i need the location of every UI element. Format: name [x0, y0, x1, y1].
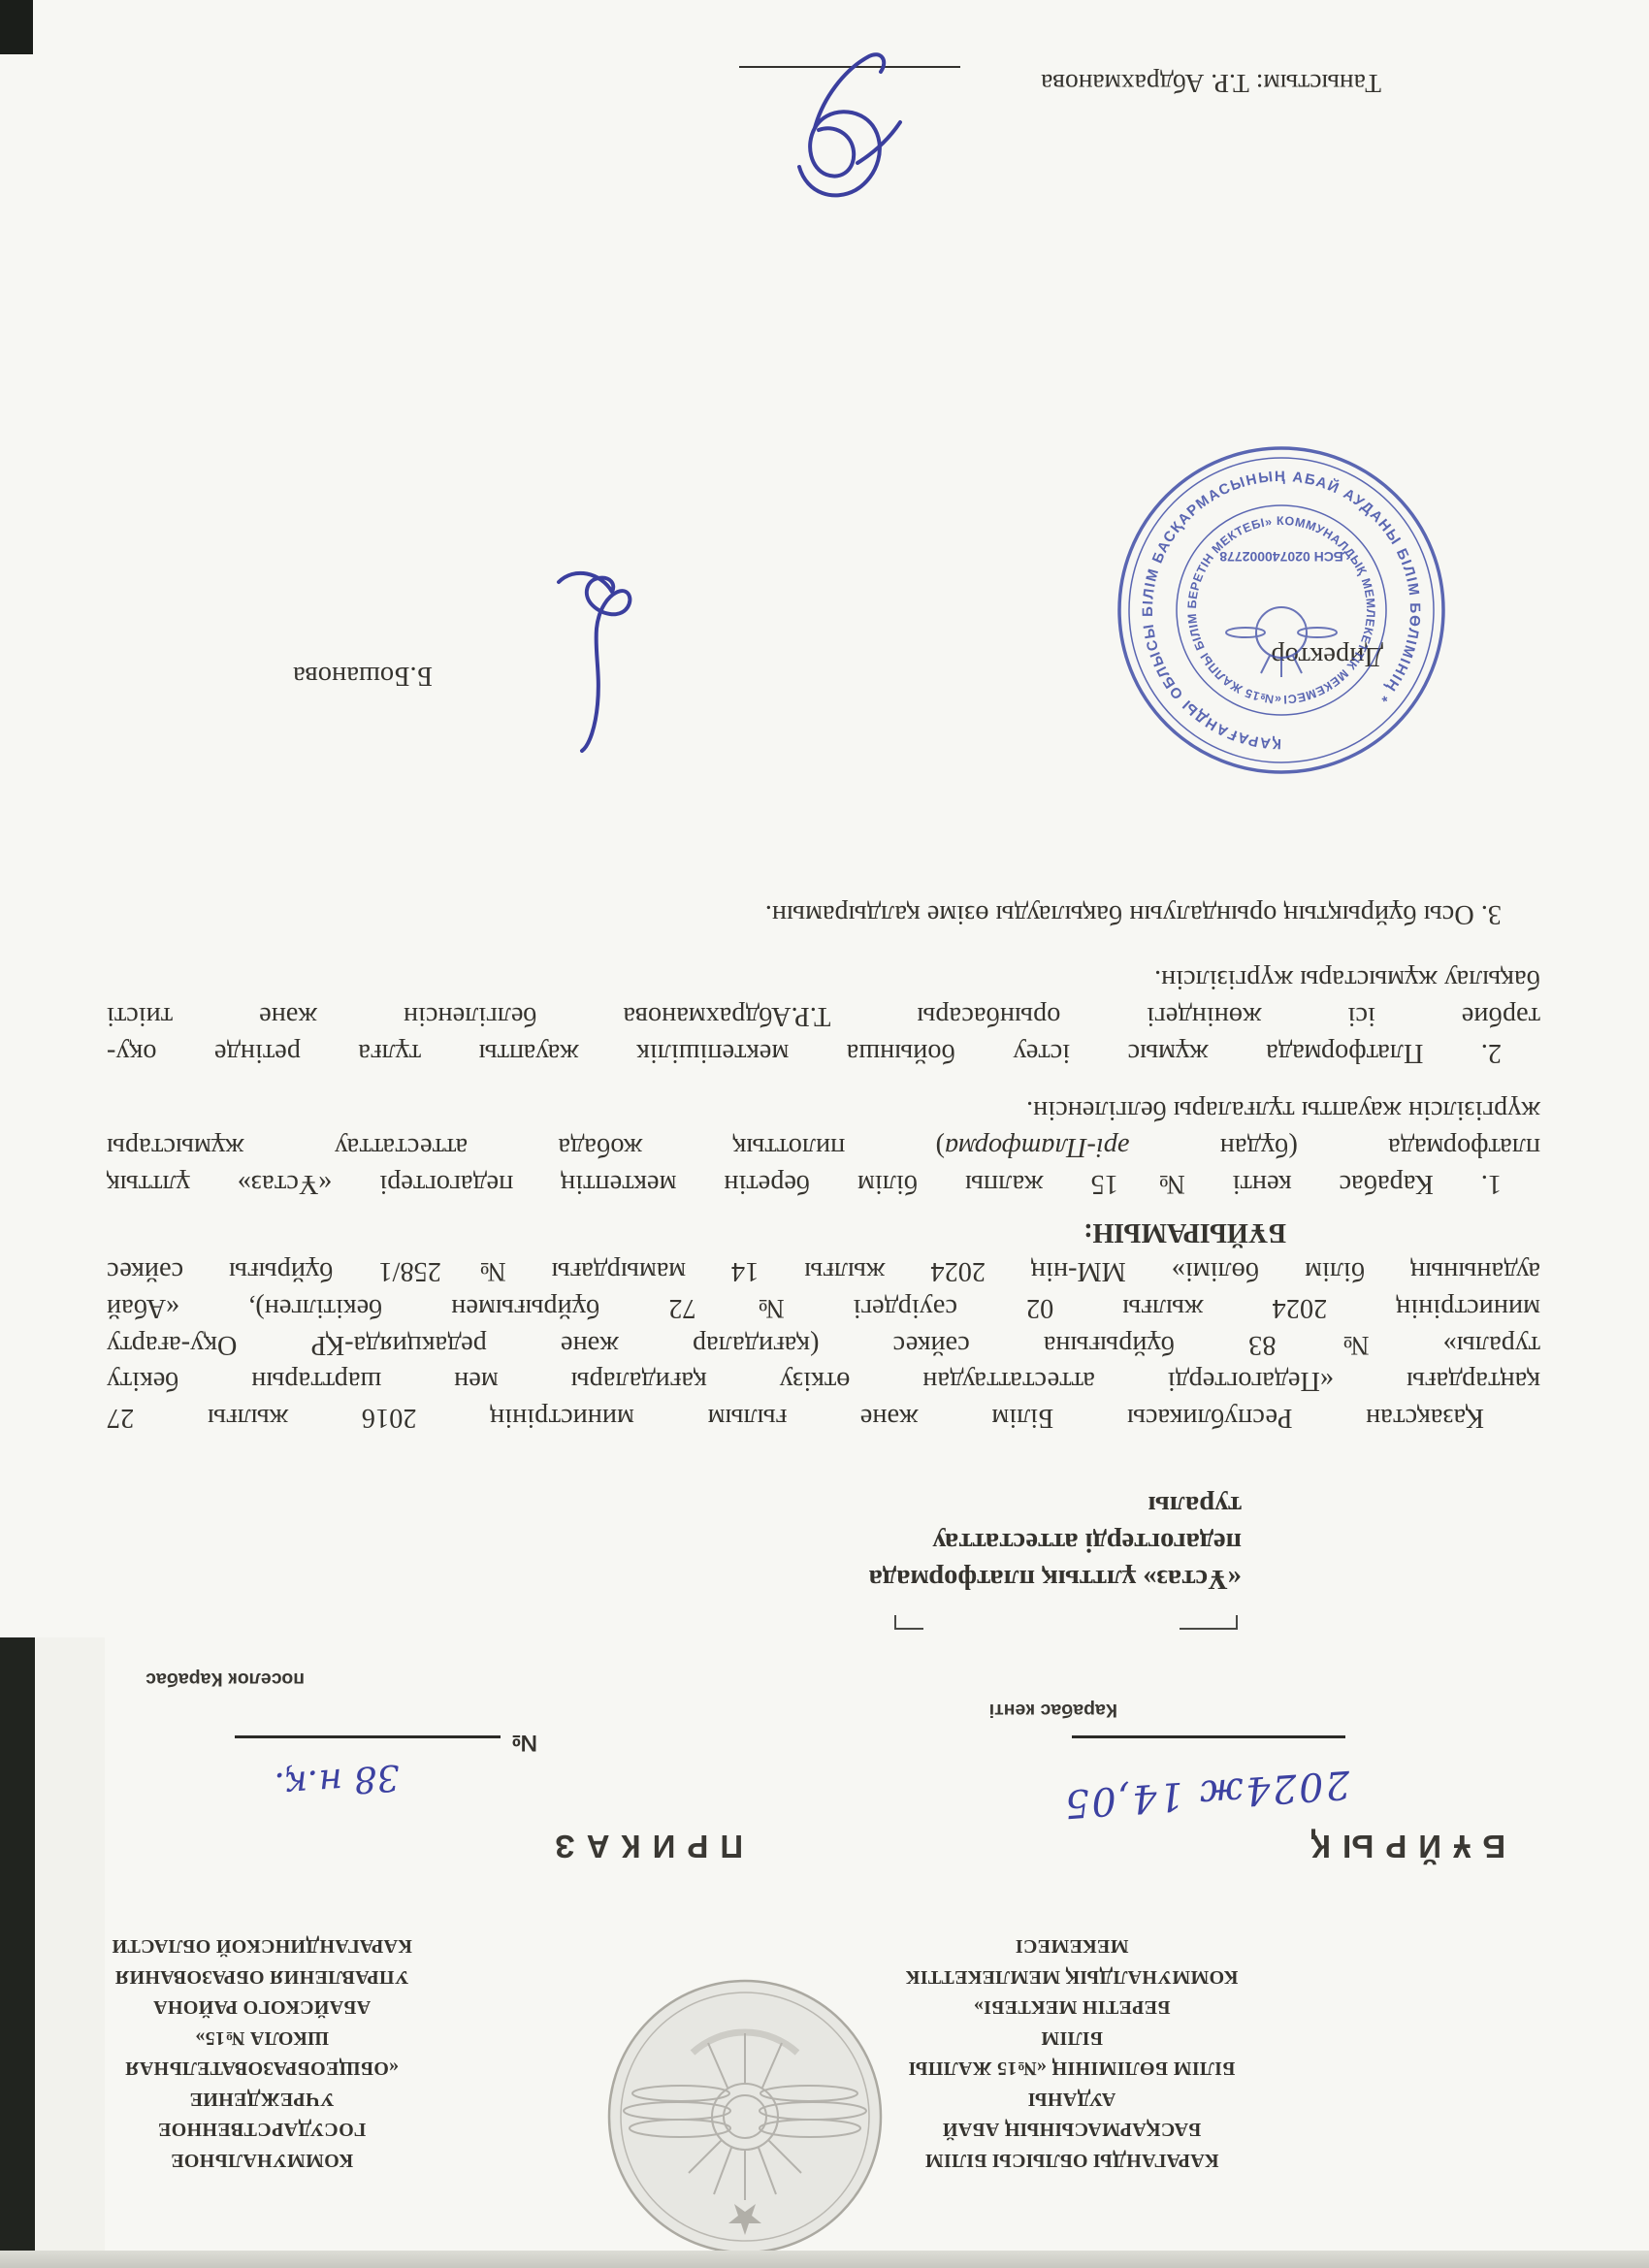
scan-edge-notch [0, 0, 33, 54]
place-ru: поселок Карабас [145, 1668, 305, 1690]
number-label: № [511, 1729, 537, 1756]
director-signature-icon [541, 545, 658, 759]
subject-line: педагогтерді аттестаттау [795, 1523, 1242, 1560]
header-kk-line: БАСҚАРМАСЫНЫҢ АБАЙ АУДАНЫ [902, 2084, 1242, 2145]
header-ru-line: УПРАВЛЕНИЯ ОБРАЗОВАНИЯ [93, 1961, 431, 1993]
item-line: 1. Карабас кенті №15 жалпы білім беретін… [107, 1165, 1540, 1202]
item-line: 3. Осы бұйрықтың орындалуын бақылауды өз… [107, 895, 1540, 932]
header-ru-line: УЧРЕЖДЕНИЕ [93, 2084, 431, 2115]
stamp-outer-ring-text: ҚАРАҒАНДЫ ОБЛЫСЫ БІЛІМ БАСҚАРМАСЫНЫҢ АБА… [1140, 469, 1423, 752]
item-text: ) пилоттық жобада аттестаттау жұмыстары [107, 1132, 945, 1162]
item-line: бақылау жұмыстары жүргізілсін. [107, 961, 1540, 998]
handwritten-number: 38 н.қ. [274, 1757, 402, 1807]
header-kk-line: КОММУНАЛДЫҚ МЕМЛЕКЕТТІК [902, 1961, 1242, 1993]
body-line: туралы» №83 бұйрығына сәйкес (қағидалар … [107, 1326, 1540, 1363]
scanned-page: КАРАГАНДЫ ОБЛЫСЫ БІЛІМ БАСҚАРМАСЫНЫҢ АБА… [0, 0, 1649, 2268]
item-line: 2. Платформада жұмыс істеу бойынша мекте… [107, 1034, 1540, 1071]
body-line: министрінің 2024 жылғы 02 сәуірдегі №72 … [107, 1289, 1540, 1326]
acknowledgement-signature-icon [760, 43, 916, 217]
header-kk-line: БІЛІМ БӨЛІМІНІҢ «№15 ЖАЛПЫ БІЛІМ [902, 2023, 1242, 2084]
header-org-kk: КАРАГАНДЫ ОБЛЫСЫ БІЛІМ БАСҚАРМАСЫНЫҢ АБА… [902, 1930, 1242, 2175]
svg-text:«№15 ЖАЛПЫ БІЛІМ БЕРЕТІН МЕКТЕ: «№15 ЖАЛПЫ БІЛІМ БЕРЕТІН МЕКТЕБІ» КОММУН… [1185, 514, 1377, 706]
header-kk-line: КАРАГАНДЫ ОБЛЫСЫ БІЛІМ [902, 2145, 1242, 2176]
body-line: қаңтардағы «Педагогтерді аттестаттаудан … [107, 1363, 1540, 1400]
subject-corner-mark-left [1180, 1615, 1238, 1630]
stamp-inner-ring-text: «№15 ЖАЛПЫ БІЛІМ БЕРЕТІН МЕКТЕБІ» КОММУН… [1185, 514, 1377, 706]
item-line: жүргізілсін жауапты тұлғалары белгіленсі… [107, 1092, 1540, 1129]
header-ru-line: АБАЙСКОГО РАЙОНА [93, 1992, 431, 2023]
scan-edge-bottom-band [0, 2251, 1649, 2268]
order-body: Қазақстан Республикасы Білім және ғылым … [107, 895, 1540, 1436]
body-line: Қазақстан Республикасы Білім және ғылым … [107, 1399, 1540, 1436]
acknowledgement-label: Таныстым: Т.Р. Абдрахманова [1041, 68, 1381, 99]
place-kk: Карабас кенті [989, 1699, 1117, 1721]
document-sheet: КАРАГАНДЫ ОБЛЫСЫ БІЛІМ БАСҚАРМАСЫНЫҢ АБА… [0, 0, 1649, 2268]
subject-block: «Ұстаз» ұлттық платформада педагогтерді … [795, 1486, 1242, 1597]
subject-line: туралы [795, 1486, 1242, 1523]
scan-edge-light-strip [35, 1637, 105, 2268]
svg-text:ҚАРАҒАНДЫ ОБЛЫСЫ БІЛІМ БАСҚАРМ: ҚАРАҒАНДЫ ОБЛЫСЫ БІЛІМ БАСҚАРМАСЫНЫҢ АБА… [1140, 469, 1423, 752]
order-title-kk: БҰЙРЫҚ [1277, 1828, 1528, 1864]
scan-edge-black-strip [0, 1637, 35, 2268]
state-emblem-icon [599, 1971, 890, 2262]
header-ru-line: КОММУНАЛЬНОЕ ГОСУДАРСТВЕННОЕ [93, 2114, 431, 2175]
resolve-word: БҰЙЫРАМЫН: [107, 1215, 1540, 1251]
header-ru-line: «ОБЩЕОБРАЗОВАТЕЛЬНАЯ ШКОЛА №15» [93, 2023, 431, 2084]
header-kk-line: БЕРЕТІН МЕКТЕБІ» [902, 1992, 1242, 2023]
body-line: ауданының білім бөлімі» ММ-нің 2024 жылғ… [107, 1252, 1540, 1289]
stamp-center-text: БСН 020740002778 [1219, 549, 1343, 565]
order-item-3: 3. Осы бұйрықтың орындалуын бақылауды өз… [107, 895, 1540, 932]
item-text: платформада (бұдан [1129, 1132, 1540, 1162]
header-org-ru: КОММУНАЛЬНОЕ ГОСУДАРСТВЕННОЕ УЧРЕЖДЕНИЕ … [93, 1930, 431, 2175]
order-item-2: 2. Платформада жұмыс істеу бойынша мекте… [107, 961, 1540, 1071]
order-title-ru: ПРИКАЗ [528, 1828, 759, 1864]
order-item-1: 1. Карабас кенті №15 жалпы білім беретін… [107, 1092, 1540, 1202]
subject-corner-mark-right [894, 1615, 923, 1630]
subject-line: «Ұстаз» ұлттық платформада [795, 1560, 1242, 1597]
official-seal-stamp-icon: ҚАРАҒАНДЫ ОБЛЫСЫ БІЛІМ БАСҚАРМАСЫНЫҢ АБА… [1112, 440, 1451, 780]
header-ru-line: КАРАГАНДИНСКОЙ ОБЛАСТИ [93, 1930, 431, 1961]
item-line: тәрбие ісі жөніндегі орынбасары Т.Р.Абдр… [107, 997, 1540, 1034]
item-line: платформада (бұдан әрі-Платформа) пилотт… [107, 1128, 1540, 1165]
item-text-italic: әрі-Платформа [945, 1132, 1130, 1162]
header-kk-line: МЕКЕМЕСІ [902, 1930, 1242, 1961]
signer-name: Б.Бошанова [293, 660, 433, 691]
